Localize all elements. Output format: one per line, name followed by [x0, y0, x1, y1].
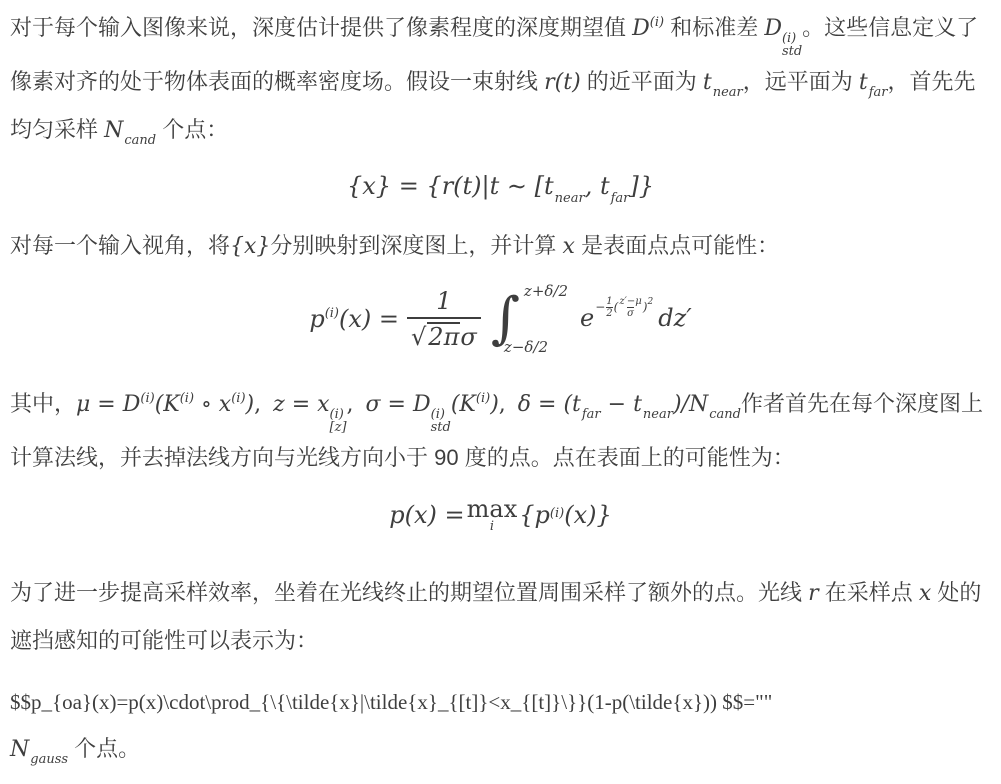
m1-c: ∘ x [194, 392, 231, 417]
f2-integral: ∫z+δ/2z−δ/2 [491, 279, 568, 359]
f2-frac-numerator: 1 [432, 288, 455, 317]
half-den: 2 [606, 307, 612, 319]
f2-fraction: 1√2πσ [407, 288, 481, 350]
f2-lhs-rest: (x) = [339, 305, 399, 333]
math-sup: (i) [650, 15, 664, 30]
p1-text-5: ，远平面为 [743, 69, 859, 94]
exp-minus: − [595, 300, 605, 314]
raw-latex-source: $$p_{oa}(x)=p(x)\cdot\prod_{\{\tilde{x}|… [10, 690, 772, 714]
math-sub: cand [124, 133, 156, 148]
math-sub: gauss [30, 752, 68, 767]
p4-text-2: 在采样点 [819, 580, 919, 605]
paragraph-projection: 对每一个输入视角，将{x}分别映射到深度图上，并计算 x 是表面点点可能性： [10, 222, 991, 270]
f2-exponential-term: e−12(z′−μσ)2dz′ [580, 304, 692, 334]
f1-part-b: , t [585, 172, 610, 200]
p2-text-3: 是表面点点可能性： [575, 233, 779, 258]
f1-sub-far: far [611, 191, 630, 206]
dz-term: dz′ [658, 304, 691, 332]
m4-sub2: near [643, 407, 673, 422]
f3-lhs: p(x) = [389, 501, 464, 529]
supsub-stack: (i)std [782, 32, 802, 58]
paren-open: ( [614, 300, 619, 314]
p3-math-delta: δ = (tfar − tnear)/Ncand [518, 392, 741, 417]
max-subscript: i [490, 520, 494, 533]
p1-math-tnear: tnear [703, 70, 743, 95]
m3-sup2: (i) [476, 391, 490, 406]
separator: , [347, 392, 354, 417]
m1-d: ) [246, 392, 255, 417]
document-page: 对于每个输入图像来说，深度估计提供了像素程度的深度期望值 D(i) 和标准差 D… [0, 0, 1001, 773]
p1-text-1: 对于每个输入图像来说，深度估计提供了像素程度的深度期望值 [10, 15, 632, 40]
p1-text-7: 个点： [156, 117, 228, 142]
p6-text-1: 个点。 [68, 736, 140, 761]
m2-a: z = x [273, 392, 329, 417]
m1-sup3: (i) [231, 391, 245, 406]
max-label: max [467, 498, 518, 520]
f3-part-b: {p [519, 501, 550, 529]
paragraph-raw-latex: $$p_{oa}(x)=p(x)\cdot\prod_{\{\tilde{x}|… [10, 678, 991, 773]
inner-num: z′−μ [619, 296, 641, 307]
f2-frac-denominator: √2πσ [407, 317, 481, 350]
m3-a: σ = D [366, 392, 431, 417]
math-sub: near [713, 85, 743, 100]
p3-math-z: z = x(i)[z] [273, 392, 346, 417]
formula-surface-probability: p(i)(x) = 1√2πσ ∫z+δ/2z−δ/2 e−12(z′−μσ)2… [10, 276, 991, 362]
formula-uniform-sampling: {x} = {r(t)|t ∼ [tnear, tfar]} [10, 164, 991, 208]
math-base: D [764, 16, 782, 41]
formula-max-probability: p(x) = maxi{p(i)(x)} [10, 487, 991, 543]
separator: , [254, 392, 261, 417]
integral-lower-limit: z−δ/2 [504, 338, 568, 356]
f1-part-c: ]} [629, 172, 654, 200]
p1-math-ray: r(t) [544, 70, 581, 95]
sigma: σ [460, 324, 476, 350]
p3-text-1: 其中， [10, 391, 76, 416]
m3-c: ) [490, 392, 499, 417]
p3-math-sigma: σ = D(i)std(K(i)) [366, 392, 499, 417]
f2-lhs-sup: (i) [325, 306, 339, 321]
p4-text-1: 为了进一步提高采样效率，坐着在光线终止的期望位置周围采样了额外的点。光线 [10, 580, 808, 605]
inner-den: σ [627, 307, 634, 319]
p2-math-x: x [563, 234, 575, 259]
math-base: N [104, 118, 123, 143]
p2-math-xset: {x} [230, 234, 270, 259]
m3-sub1: std [431, 421, 451, 434]
p4-math-r: r [808, 581, 819, 606]
max-operator: maxi [467, 498, 518, 533]
m1-sup1: (i) [140, 391, 154, 406]
m2-sub: [z] [330, 421, 347, 434]
integral-upper-limit: z+δ/2 [524, 282, 568, 300]
math-sub: std [782, 45, 802, 58]
math-base: N [10, 737, 29, 762]
math-base: D [632, 16, 650, 41]
math-base: t [859, 70, 868, 95]
m4-a: δ = (t [518, 392, 581, 417]
math-base: t [703, 70, 712, 95]
p6-math-ngauss: Ngauss [10, 737, 68, 762]
paragraph-sampling-efficiency: 为了进一步提高采样效率，坐着在光线终止的期望位置周围采样了额外的点。光线 r 在… [10, 569, 991, 664]
m4-sub1: far [582, 407, 601, 422]
exp-square: 2 [647, 297, 653, 307]
math-sub: far [869, 85, 888, 100]
exp-inner-fraction: z′−μσ [619, 296, 641, 319]
supsub-stack: (i)std [431, 408, 451, 434]
paragraph-depth-estimation: 对于每个输入图像来说，深度估计提供了像素程度的深度期望值 D(i) 和标准差 D… [10, 4, 991, 154]
m3-b: (K [451, 392, 476, 417]
p4-math-x: x [919, 581, 931, 606]
exp-half-fraction: 12 [606, 296, 612, 319]
p1-math-depth-mean: D(i) [632, 16, 664, 41]
half-num: 1 [606, 296, 612, 307]
e-base: e [580, 304, 594, 332]
m1-b: (K [155, 392, 180, 417]
p1-math-ncand: Ncand [104, 118, 156, 143]
p1-math-tfar: tfar [859, 70, 888, 95]
f1-part-a: {x} = {r(t)|t ∼ [t [347, 172, 554, 200]
f2-lhs: p(i)(x) = [309, 305, 399, 333]
m1-sup2: (i) [180, 391, 194, 406]
integral-limits: z+δ/2z−δ/2 [518, 282, 568, 356]
m1-a: μ = D [76, 392, 140, 417]
p2-text-1: 对每一个输入视角，将 [10, 233, 230, 258]
f3-part-c: (x)} [564, 501, 612, 529]
p2-text-2: 分别映射到深度图上，并计算 [270, 233, 562, 258]
f2-lhs-base: p [309, 305, 324, 333]
supsub-stack: (i)[z] [330, 408, 347, 434]
paragraph-definitions: 其中，μ = D(i)(K(i) ∘ x(i)),z = x(i)[z],σ =… [10, 380, 991, 481]
separator: , [499, 392, 506, 417]
m4-b: − t [601, 392, 642, 417]
m4-sub3: cand [709, 407, 741, 422]
f1-sub-near: near [555, 191, 585, 206]
e-exponent: −12(z′−μσ)2 [595, 296, 653, 319]
f1-expr: {x} = {r(t)|t ∼ [tnear, tfar]} [347, 172, 654, 200]
sqrt-body: 2π [427, 322, 460, 350]
p1-text-2: 和标准差 [664, 15, 764, 40]
p3-math-mu: μ = D(i)(K(i) ∘ x(i)) [76, 392, 254, 417]
p1-text-4: 的近平面为 [581, 69, 703, 94]
m4-c: )/N [673, 392, 708, 417]
p1-math-depth-std: D(i)std [764, 16, 802, 41]
sqrt-sign: √ [411, 324, 426, 350]
